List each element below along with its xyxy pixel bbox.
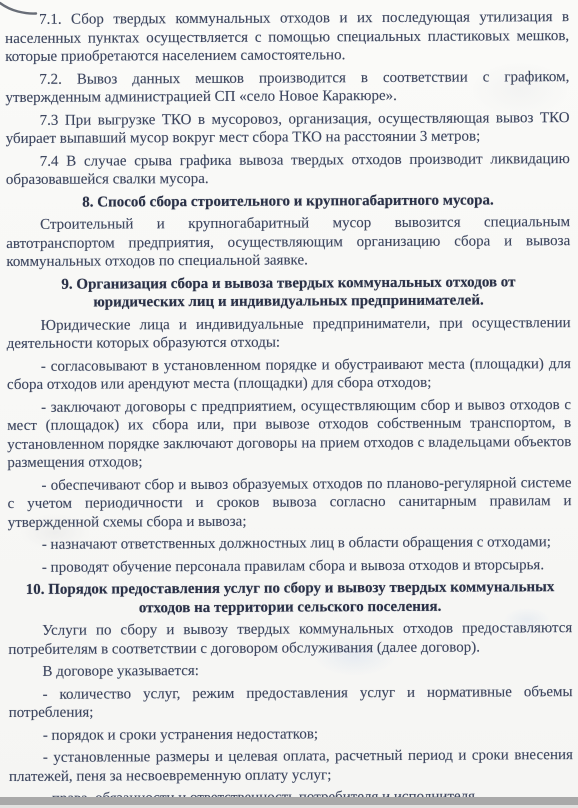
paragraph-7-4: 7.4 В случае срыва графика вывоза тверды… (6, 150, 570, 190)
section-heading-8: 8. Способ сбора строительного и крупнога… (6, 191, 570, 212)
paragraph-construction-waste: Строительный и крупногабаритный мусор вы… (6, 213, 570, 271)
paragraph-7-2: 7.2. Вывоз данных мешков производится в … (5, 68, 569, 108)
section-heading-9: 9. Организация сбора и вывоза твердых ко… (6, 273, 570, 313)
section-heading-9-line-2: юридических лиц и индивидуальных предпри… (6, 291, 570, 312)
paragraph-legal-entities: Юридические лица и индивидуальные предпр… (7, 314, 571, 354)
scanned-document-page: { "page": { "background_color": "#f8f8f6… (0, 0, 578, 808)
list-item-conclude-contracts: - заключают договоры с предприятием, осу… (7, 396, 571, 473)
section-heading-9-line-1: 9. Организация сбора и вывоза твердых ко… (6, 273, 570, 294)
paragraph-contract-specifies: В договоре указывается: (8, 660, 572, 681)
list-item-ensure-collection: - обеспечивают сбор и вывоз образуемых о… (7, 474, 571, 532)
list-item-service-quantity: - количество услуг, режим предоставления… (9, 683, 573, 723)
paragraph-7-1: 7.1. Сбор твердых коммунальных отходов и… (5, 8, 569, 66)
paragraph-services-provided: Услуги по сбору и вывозу твердых коммуна… (8, 619, 572, 659)
paragraph-7-3: 7.3 При выгрузке ТКО в мусоровоз, органи… (6, 109, 570, 149)
list-item-payment-terms: - установленные размеры и целевая оплата… (9, 746, 573, 786)
section-heading-10: 10. Порядок предоставления услуг по сбор… (8, 578, 572, 618)
list-item-appoint-officials: - назначают ответственных должностных ли… (8, 533, 572, 554)
list-item-coordinate-sites: - согласовывают в установленном порядке … (7, 355, 571, 395)
list-item-deficiency-terms: - порядок и сроки устранения недостатков… (9, 724, 573, 745)
scan-edge-strip (0, 797, 578, 805)
document-body: 7.1. Сбор твердых коммунальных отходов и… (5, 8, 573, 808)
section-heading-10-line-1: 10. Порядок предоставления услуг по сбор… (8, 578, 572, 599)
list-item-train-personnel: - проводят обучение персонала правилам с… (8, 556, 572, 577)
section-heading-10-line-2: отходов на территории сельского поселени… (8, 597, 572, 618)
